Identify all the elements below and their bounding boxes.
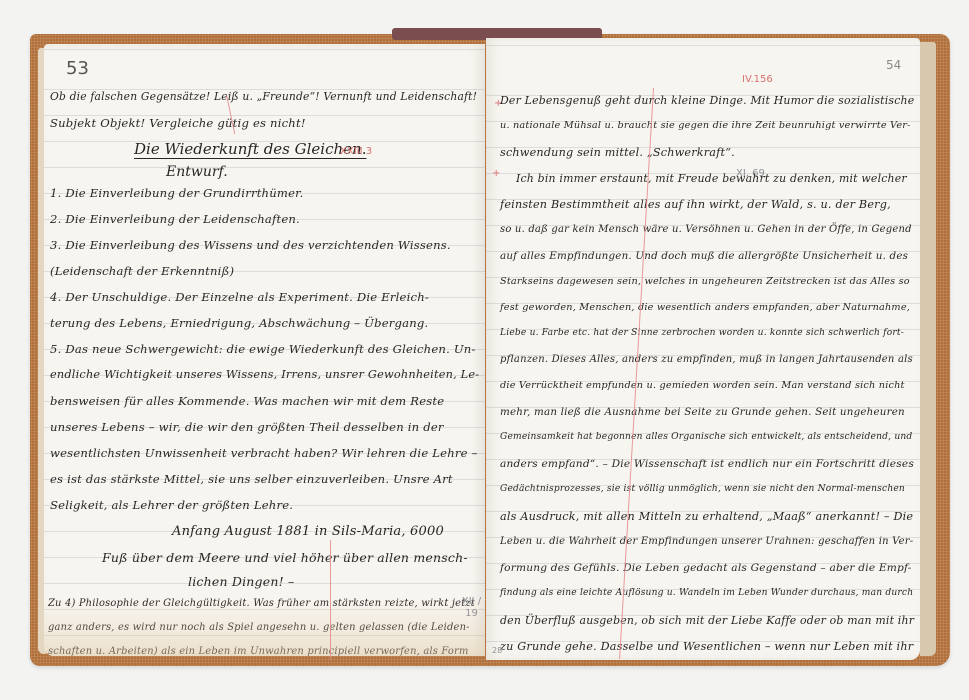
list-item: wesentlichsten Unwissenheit verbracht ha… (50, 446, 478, 460)
list-item: 1. Die Einverleibung der Grundirrthümer. (50, 186, 304, 200)
dateline: Anfang August 1881 in Sils-Maria, 6000 (172, 524, 444, 539)
text-line: formung des Gefühls. Die Leben gedacht a… (500, 562, 912, 574)
right-page: 54 IV.156 XI, 69 + + Der Lebensgenuß geh… (486, 38, 920, 660)
page-title: Die Wiederkunft des Gleichen. (134, 140, 366, 158)
list-item: Seligkeit, als Lehrer der größten Lehre. (50, 498, 293, 512)
text-line: Ich bin immer erstaunt, mit Freude bewah… (516, 172, 907, 185)
list-item: terung des Lebens, Erniedrigung, Abschwä… (50, 316, 428, 330)
text-line: so u. daß gar kein Mensch wäre u. Versöh… (500, 224, 912, 235)
list-item: unseres Lebens – wir, die wir den größte… (50, 420, 444, 434)
plus-mark-icon: + (492, 168, 500, 179)
list-item: 3. Die Einverleibung des Wissens und des… (50, 238, 451, 252)
list-item: endliche Wichtigkeit unseres Wissens, Ir… (50, 368, 479, 381)
red-annotation: XXIII 3 (340, 146, 372, 157)
list-item: es ist das stärkste Mittel, sie uns selb… (50, 472, 453, 486)
text-line: anders empfand“. – Die Wissenschaft ist … (500, 458, 914, 470)
grey-annotation: XII / 19 (458, 596, 485, 620)
text-line: auf alles Empfindungen. Und doch muß die… (500, 250, 908, 262)
text-line: Gemeinsamkeit hat begonnen alles Organis… (500, 432, 912, 442)
text-line: findung als eine leichte Auflösung u. Wa… (500, 588, 913, 598)
text-line: die Verrücktheit empfunden u. gemieden w… (500, 380, 905, 391)
page-number-right: 54 (886, 58, 901, 72)
text-line: den Überfluß ausgeben, ob sich mit der L… (500, 614, 914, 627)
left-page: 53 Ob die falschen Gegensätze! Leiß u. „… (44, 44, 485, 656)
page-number-left: 53 (66, 58, 89, 79)
paragraph-line: Zu 4) Philosophie der Gleichgültigkeit. … (48, 598, 475, 609)
list-item: 2. Die Einverleibung der Leidenschaften. (50, 212, 300, 226)
text-line: als Ausdruck, mit allen Mitteln zu erhal… (500, 510, 913, 523)
text-line: Liebe u. Farbe etc. hat der Sinne zerbro… (500, 328, 904, 338)
list-item: (Leidenschaft der Erkenntniß) (50, 264, 234, 278)
list-item: 4. Der Unschuldige. Der Einzelne als Exp… (50, 290, 429, 304)
page-subtitle: Entwurf. (166, 164, 228, 180)
text-line: feinsten Bestimmtheit alles auf ihn wirk… (500, 198, 891, 211)
text-line: schwendung sein mittel. „Schwerkraft“. (500, 146, 735, 159)
list-item: 5. Das neue Schwergewicht: die ewige Wie… (50, 342, 476, 356)
list-item: bensweisen für alles Kommende. Was mache… (50, 394, 444, 408)
page-edge-right (920, 42, 936, 656)
text-line: Subjekt Objekt! Vergleiche gütig es nich… (50, 116, 306, 130)
paragraph-line: ganz anders, es wird nur noch als Spiel … (48, 622, 470, 633)
red-margin-line (330, 540, 331, 660)
motto-line: Fuß über dem Meere und viel höher über a… (102, 550, 468, 565)
motto-line: lichen Dingen! – (188, 574, 294, 589)
text-line: mehr, man ließ die Ausnahme bei Seite zu… (500, 406, 905, 418)
text-line: Der Lebensgenuß geht durch kleine Dinge.… (500, 94, 914, 107)
paragraph-line: schaften u. Arbeiten) als ein Leben im U… (48, 646, 469, 656)
text-line: Starkseins dagewesen sein, welches in un… (500, 276, 910, 287)
text-line: Gedächtnisprozesses, sie ist völlig unmö… (500, 484, 905, 494)
text-line: Leben u. die Wahrheit der Empfindungen u… (500, 536, 913, 547)
text-line: Ob die falschen Gegensätze! Leiß u. „Fre… (50, 90, 477, 103)
red-annotation: IV.156 (742, 74, 773, 85)
text-line: fest geworden, Menschen, die wesentlich … (500, 302, 910, 313)
text-line: u. nationale Mühsal u. braucht sie gegen… (500, 120, 911, 131)
text-line: pflanzen. Dieses Alles, anders zu empfin… (500, 354, 913, 365)
